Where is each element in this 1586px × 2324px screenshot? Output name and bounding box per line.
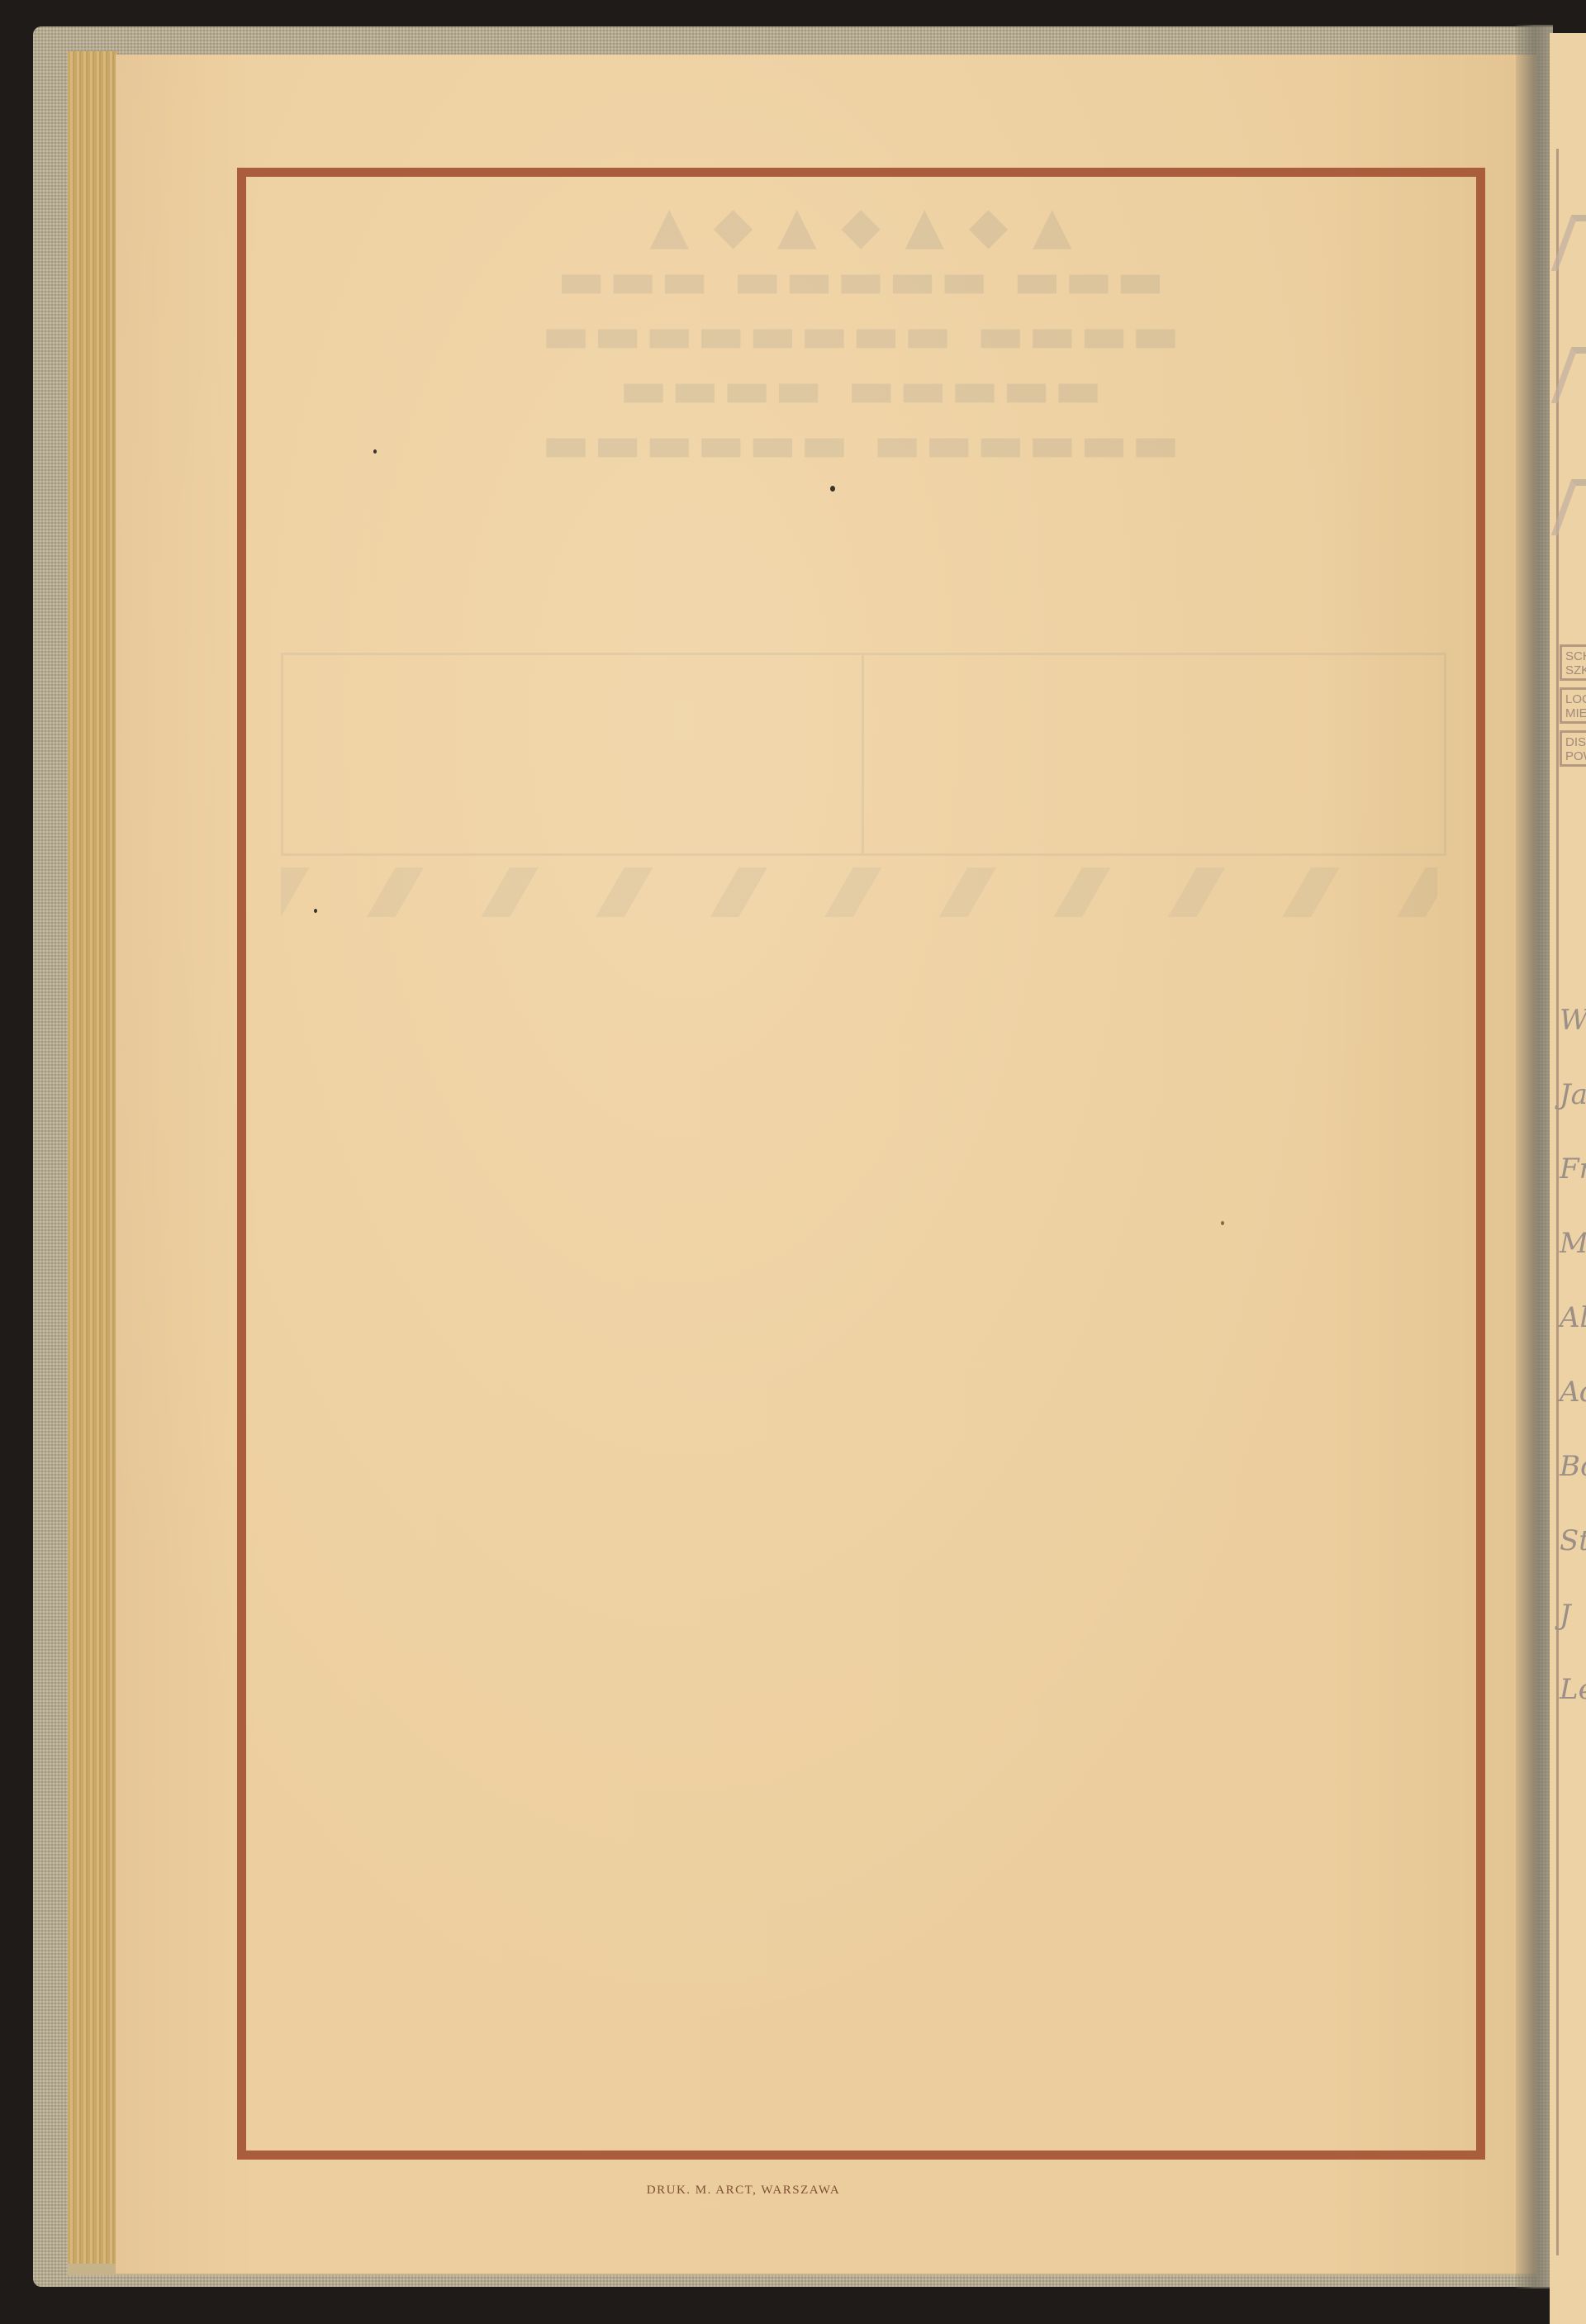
paper-speck [373, 449, 377, 454]
paper-speck [1221, 1221, 1224, 1225]
adjacent-handwriting: Wł Jan Fran Mar Aleks Ado Bol Stef J Leo… [1560, 983, 1586, 1727]
book-gutter [1516, 25, 1553, 2288]
adjacent-label: LOCA MIEJS [1560, 687, 1586, 724]
imprint-text: DRUK. M. ARCT, WARSZAWA [647, 2184, 840, 2198]
printer-imprint: DRUK. M. ARCT, WARSZAWA [0, 2184, 1586, 2198]
paper-speck [314, 909, 317, 913]
adjacent-label: DISTR POW [1560, 730, 1586, 767]
paper-speck [830, 486, 835, 492]
adjacent-label: SCHO SZKO [1560, 644, 1586, 681]
page-edge-stack [68, 51, 117, 2274]
adjacent-labels: SCHO SZKO LOCA MIEJS DISTR POW [1560, 644, 1586, 773]
printed-red-frame [237, 168, 1485, 2160]
adjacent-page-edge: SCHO SZKO LOCA MIEJS DISTR POW Wł Jan Fr… [1550, 33, 1586, 2324]
